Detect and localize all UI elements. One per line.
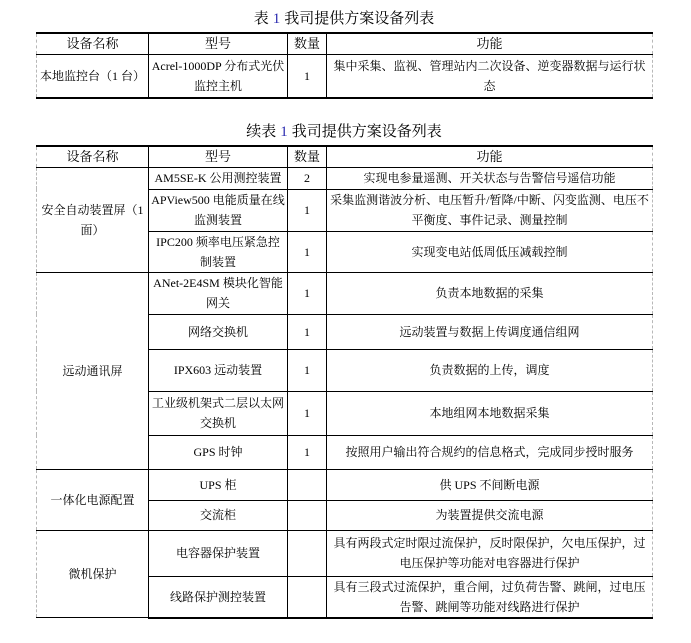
cell-device-group-name: 一体化电源配置 <box>37 469 149 530</box>
table2-caption: 续表1我司提供方案设备列表 <box>36 119 652 145</box>
cell-function: 实现电参量遥测、开关状态与告警信号遥信功能 <box>327 167 653 189</box>
cell-model: IPC200 频率电压紧急控制装置 <box>149 231 288 272</box>
cell-function: 集中采集、监视、管理站内二次设备、逆变器数据与运行状态 <box>327 55 653 98</box>
cell-model: UPS 柜 <box>149 469 288 500</box>
table-row: 远动通讯屏 ANet-2E4SM 模块化智能网关 1 负责本地数据的采集 <box>37 272 653 314</box>
cell-qty: 1 <box>288 349 327 391</box>
cell-qty: 1 <box>288 189 327 231</box>
cell-device-name: 本地监控台（1 台） <box>37 55 149 98</box>
table1-caption: 表1我司提供方案设备列表 <box>36 0 652 32</box>
cell-model: ANet-2E4SM 模块化智能网关 <box>149 272 288 314</box>
cell-model: APView500 电能质量在线监测装置 <box>149 189 288 231</box>
cell-model: 工业级机架式二层以太网交换机 <box>149 391 288 435</box>
cell-qty: 1 <box>288 231 327 272</box>
cell-model: 网络交换机 <box>149 314 288 349</box>
cell-qty: 2 <box>288 167 327 189</box>
table1-caption-prefix: 表 <box>254 11 269 27</box>
document-page: 表1我司提供方案设备列表 设备名称 型号 数量 功能 本地监控台（1 台） Ac… <box>0 0 691 643</box>
table2-header-function: 功能 <box>327 146 653 168</box>
cell-model: 电容器保护装置 <box>149 530 288 576</box>
table2-equipment-list-continued: 设备名称 型号 数量 功能 安全自动装置屏（1 面） AM5SE-K 公用测控装… <box>36 145 653 619</box>
cell-function: 具有两段式定时限过流保护，反时限保护，欠电压保护，过电压保护等功能对电容器进行保… <box>327 530 653 576</box>
cell-qty <box>288 530 327 576</box>
cell-qty <box>288 500 327 530</box>
cell-qty <box>288 469 327 500</box>
table-row: 安全自动装置屏（1 面） AM5SE-K 公用测控装置 2 实现电参量遥测、开关… <box>37 167 653 189</box>
cell-qty: 1 <box>288 391 327 435</box>
cell-device-group-name: 微机保护 <box>37 530 149 618</box>
table1-caption-number: 1 <box>269 11 285 27</box>
table2-header-device-name: 设备名称 <box>37 146 149 168</box>
table2-caption-suffix: 我司提供方案设备列表 <box>292 124 442 140</box>
cell-function: 负责数据的上传，调度 <box>327 349 653 391</box>
table2-caption-prefix: 续表 <box>246 124 276 140</box>
cell-function: 负责本地数据的采集 <box>327 272 653 314</box>
table1-caption-suffix: 我司提供方案设备列表 <box>284 11 434 27</box>
table1-header-model: 型号 <box>149 33 288 55</box>
table1-header-row: 设备名称 型号 数量 功能 <box>37 33 653 55</box>
table1-header-function: 功能 <box>327 33 653 55</box>
cell-qty: 1 <box>288 55 327 98</box>
cell-model: 线路保护测控装置 <box>149 576 288 618</box>
cell-qty: 1 <box>288 272 327 314</box>
cell-model: GPS 时钟 <box>149 435 288 469</box>
table-row: 微机保护 电容器保护装置 具有两段式定时限过流保护，反时限保护，欠电压保护，过电… <box>37 530 653 576</box>
cell-function: 采集监测谐波分析、电压暂升/暂降/中断、闪变监测、电压不平衡度、事件记录、测量控… <box>327 189 653 231</box>
cell-model: 交流柜 <box>149 500 288 530</box>
cell-qty <box>288 576 327 618</box>
cell-function: 供 UPS 不间断电源 <box>327 469 653 500</box>
cell-function: 远动装置与数据上传调度通信组网 <box>327 314 653 349</box>
table2-header-row: 设备名称 型号 数量 功能 <box>37 146 653 168</box>
cell-function: 实现变电站低周低压减载控制 <box>327 231 653 272</box>
table-row: 一体化电源配置 UPS 柜 供 UPS 不间断电源 <box>37 469 653 500</box>
cell-function: 本地组网本地数据采集 <box>327 391 653 435</box>
table1-header-qty: 数量 <box>288 33 327 55</box>
table2-caption-number: 1 <box>276 124 292 140</box>
cell-qty: 1 <box>288 314 327 349</box>
cell-function: 为装置提供交流电源 <box>327 500 653 530</box>
cell-device-group-name: 安全自动装置屏（1 面） <box>37 167 149 272</box>
table2-header-model: 型号 <box>149 146 288 168</box>
table1-header-device-name: 设备名称 <box>37 33 149 55</box>
cell-model: IPX603 远动装置 <box>149 349 288 391</box>
cell-model: AM5SE-K 公用测控装置 <box>149 167 288 189</box>
cell-model: Acrel-1000DP 分布式光伏监控主机 <box>149 55 288 98</box>
table-row: 本地监控台（1 台） Acrel-1000DP 分布式光伏监控主机 1 集中采集… <box>37 55 653 98</box>
table2-header-qty: 数量 <box>288 146 327 168</box>
cell-device-group-name: 远动通讯屏 <box>37 272 149 469</box>
cell-function: 按照用户输出符合规约的信息格式，完成同步授时服务 <box>327 435 653 469</box>
cell-function: 具有三段式过流保护，重合闸，过负荷告警、跳闸，过电压告警、跳闸等功能对线路进行保… <box>327 576 653 618</box>
table1-equipment-list: 设备名称 型号 数量 功能 本地监控台（1 台） Acrel-1000DP 分布… <box>36 32 653 99</box>
cell-qty: 1 <box>288 435 327 469</box>
